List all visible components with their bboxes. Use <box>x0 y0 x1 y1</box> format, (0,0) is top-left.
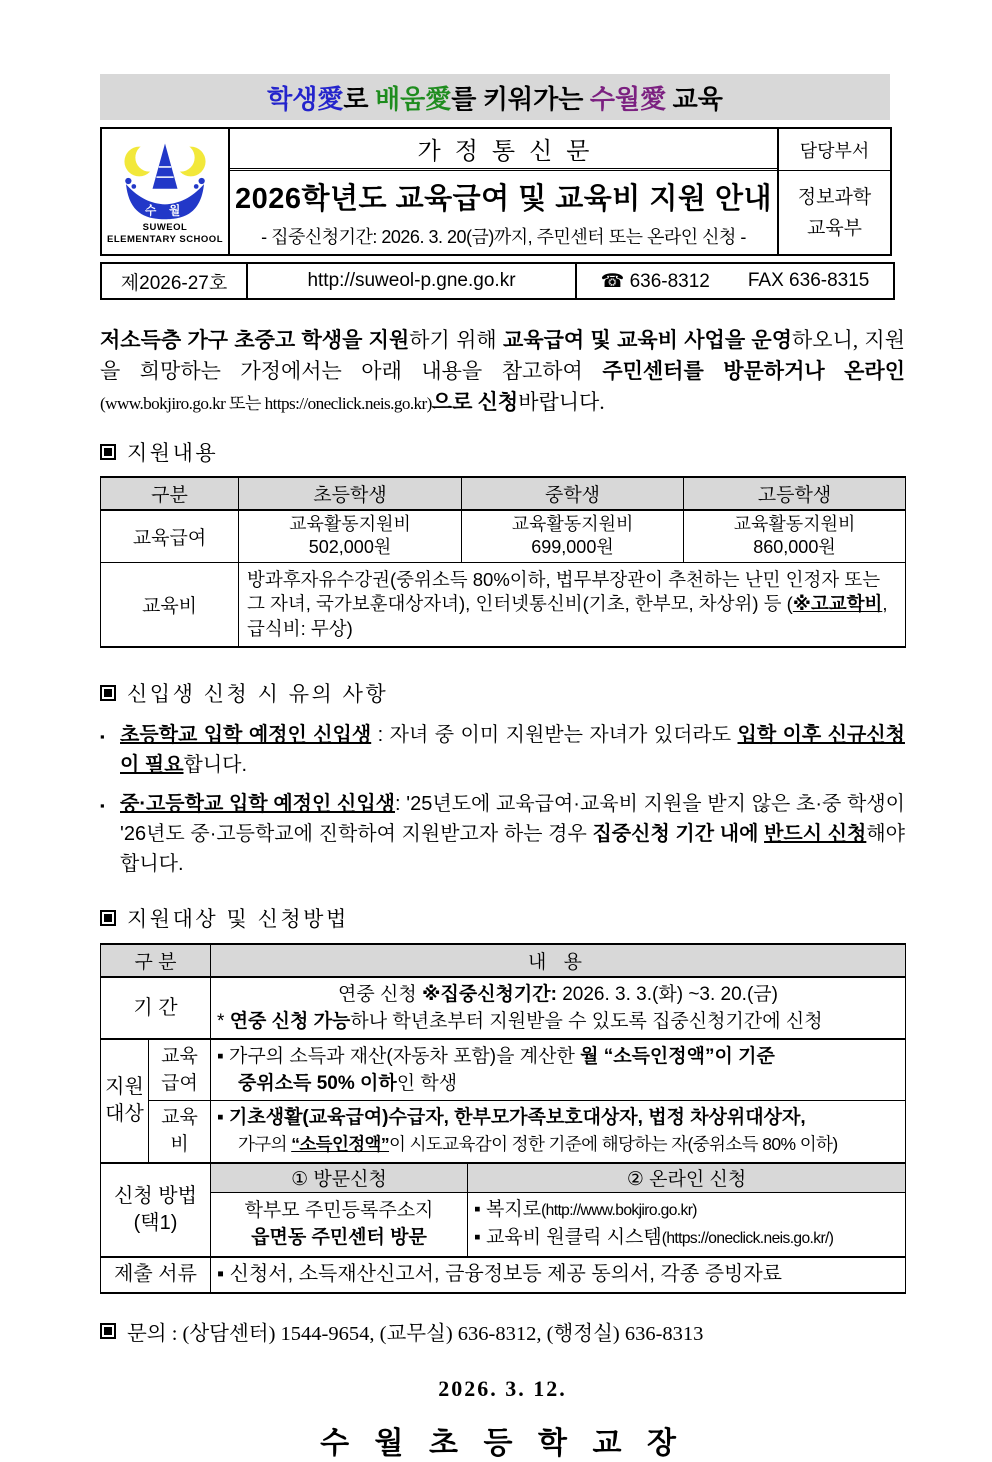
method-header-row: 신청 방법 (택1) ① 방문신청 ② 온라인 신청 <box>101 1163 906 1193</box>
document-header: 수 월 SUWEOL ELEMENTARY SCHOOL 가정통신문 담당부서 … <box>100 127 892 256</box>
section-heading-support: 지원내용 <box>100 437 905 467</box>
method-row-label: 신청 방법 (택1) <box>101 1163 211 1257</box>
contact-numbers: ☎ 636-8312 FAX 636-8315 <box>575 264 893 298</box>
phone-number: ☎ 636-8312 <box>601 270 710 293</box>
col-header-category: 구분 <box>101 477 239 510</box>
notice-bullet-list: ▪ 초등학교 입학 예정인 신입생 : 자녀 중 이미 지원받는 자녀가 있더라… <box>100 720 905 879</box>
page-title: 2026학년도 교육급여 및 교육비 지원 안내 <box>235 176 772 217</box>
bullet-icon: ▪ <box>100 720 120 780</box>
benefit-row-label: 교육급여 <box>101 510 239 562</box>
list-item: ▪ 초등학교 입학 예정인 신입생 : 자녀 중 이미 지원받는 자녀가 있더라… <box>100 720 905 780</box>
school-name-english: SUWEOL ELEMENTARY SCHOOL <box>107 222 223 246</box>
period-row: 기 간 연중 신청 ※집중신청기간: 2026. 3. 3.(화) ~3. 20… <box>101 977 906 1039</box>
method-visit-content: 학부모 주민등록주소지 읍면동 주민센터 방문 <box>211 1193 468 1257</box>
target-cost-row: 교육 비 ▪ 기초생활(교육급여)수급자, 한부모가족보호대상자, 법정 차상위… <box>101 1101 906 1163</box>
slogan-text: 학생愛로 배움愛를 키워가는 수월愛 교육 <box>267 79 723 116</box>
section-title: 지원내용 <box>127 437 218 467</box>
benefit-high-amount: 교육활동지원비 860,000원 <box>684 510 906 562</box>
period-row-label: 기 간 <box>101 977 211 1039</box>
target-benefit-content: ▪ 가구의 소득과 재산(자동차 포함)을 계산한 월 “소득인정액”이 기준 … <box>211 1039 906 1101</box>
list-item: ▪ 중·고등학교 입학 예정인 신입생: '25년도에 교육급여·교육비 지원을… <box>100 789 905 879</box>
section-title: 신입생 신청 시 유의 사항 <box>127 678 388 708</box>
main-title-cell: 2026학년도 교육급여 및 교육비 지원 안내 - 집중신청기간: 2026.… <box>230 171 777 254</box>
target-sub-label-cost: 교육 비 <box>149 1101 211 1163</box>
target-sub-label-benefit: 교육 급여 <box>149 1039 211 1101</box>
col-header-elementary: 초등학생 <box>239 477 462 510</box>
school-website: http://suweol-p.gne.go.kr <box>246 264 575 298</box>
cost-row-label: 교육비 <box>101 562 239 647</box>
target-benefit-row: 지원 대상 교육 급여 ▪ 가구의 소득과 재산(자동차 포함)을 계산한 월 … <box>101 1039 906 1101</box>
target-cost-content: ▪ 기초생활(교육급여)수급자, 한부모가족보호대상자, 법정 차상위대상자, … <box>211 1101 906 1163</box>
col-header-category: 구 분 <box>101 944 211 977</box>
benefit-row: 교육급여 교육활동지원비 502,000원 교육활동지원비 699,000원 교… <box>101 510 906 562</box>
method-online-content: ▪ 복지로(http://www.bokjiro.go.kr) ▪ 교육비 원클… <box>468 1193 906 1257</box>
doc-number-row: 제2026-27호 http://suweol-p.gne.go.kr ☎ 63… <box>100 262 895 300</box>
bullet-icon: ▪ <box>100 789 120 879</box>
school-logo-icon: 수 월 <box>113 142 217 220</box>
notice-document: 학생愛로 배움愛를 키워가는 수월愛 교육 수 월 SUWEOL <box>100 74 905 1462</box>
section-marker-icon <box>100 685 116 701</box>
school-logo-cell: 수 월 SUWEOL ELEMENTARY SCHOOL <box>102 129 230 254</box>
section-title: 지원대상 및 신청방법 <box>127 903 349 933</box>
section-marker-icon <box>100 1323 116 1339</box>
method-visit-header: ① 방문신청 <box>211 1163 468 1193</box>
dept-name-cell: 정보과학 교육부 <box>777 171 890 254</box>
contact-text: 문의 : (상담센터) 1544-9654, (교무실) 636-8312, (… <box>127 1316 703 1346</box>
apply-table: 구 분 내 용 기 간 연중 신청 ※집중신청기간: 2026. 3. 3.(화… <box>100 943 906 1294</box>
section-marker-icon <box>100 444 116 460</box>
doc-type-title: 가정통신문 <box>230 129 777 171</box>
benefit-elementary-amount: 교육활동지원비 502,000원 <box>239 510 462 562</box>
dept-label: 담당부서 <box>777 129 890 171</box>
target-row-label: 지원 대상 <box>101 1039 149 1163</box>
fax-number: FAX 636-8315 <box>748 270 869 292</box>
slogan-banner: 학생愛로 배움愛를 키워가는 수월愛 교육 <box>100 74 890 120</box>
method-online-header: ② 온라인 신청 <box>468 1163 906 1193</box>
col-header-middle: 중학생 <box>462 477 684 510</box>
benefit-middle-amount: 교육활동지원비 699,000원 <box>462 510 684 562</box>
documents-row-label: 제출 서류 <box>101 1257 211 1293</box>
cost-row-description: 방과후자유수강권(중위소득 80%이하, 법무부장관이 추천하는 난민 인정자 … <box>239 562 906 647</box>
svg-text:수 월: 수 월 <box>145 203 185 217</box>
doc-number: 제2026-27호 <box>102 264 246 298</box>
issue-date: 2026. 3. 12. <box>100 1376 905 1402</box>
section-heading-notice: 신입생 신청 시 유의 사항 <box>100 678 905 708</box>
support-table-header-row: 구분 초등학생 중학생 고등학생 <box>101 477 906 510</box>
section-marker-icon <box>100 910 116 926</box>
apply-table-header-row: 구 분 내 용 <box>101 944 906 977</box>
cost-row: 교육비 방과후자유수강권(중위소득 80%이하, 법무부장관이 추천하는 난민 … <box>101 562 906 647</box>
support-table: 구분 초등학생 중학생 고등학생 교육급여 교육활동지원비 502,000원 교… <box>100 476 906 648</box>
col-header-content: 내 용 <box>211 944 906 977</box>
documents-row: 제출 서류 ▪ 신청서, 소득재산신고서, 금융정보등 제공 동의서, 각종 증… <box>101 1257 906 1293</box>
page-subtitle: - 집중신청기간: 2026. 3. 20(금)까지, 주민센터 또는 온라인 … <box>261 223 746 249</box>
method-content-row: 학부모 주민등록주소지 읍면동 주민센터 방문 ▪ 복지로(http://www… <box>101 1193 906 1257</box>
documents-row-content: ▪ 신청서, 소득재산신고서, 금융정보등 제공 동의서, 각종 증빙자료 <box>211 1257 906 1293</box>
principal-signature: 수 월 초 등 학 교 장 <box>100 1418 905 1462</box>
period-row-content: 연중 신청 ※집중신청기간: 2026. 3. 3.(화) ~3. 20.(금)… <box>211 977 906 1039</box>
contact-line: 문의 : (상담센터) 1544-9654, (교무실) 636-8312, (… <box>100 1316 905 1346</box>
section-heading-apply: 지원대상 및 신청방법 <box>100 903 905 933</box>
col-header-high: 고등학생 <box>684 477 906 510</box>
intro-paragraph: 저소득층 가구 초중고 학생을 지원하기 위해 교육급여 및 교육비 사업을 운… <box>100 325 905 419</box>
